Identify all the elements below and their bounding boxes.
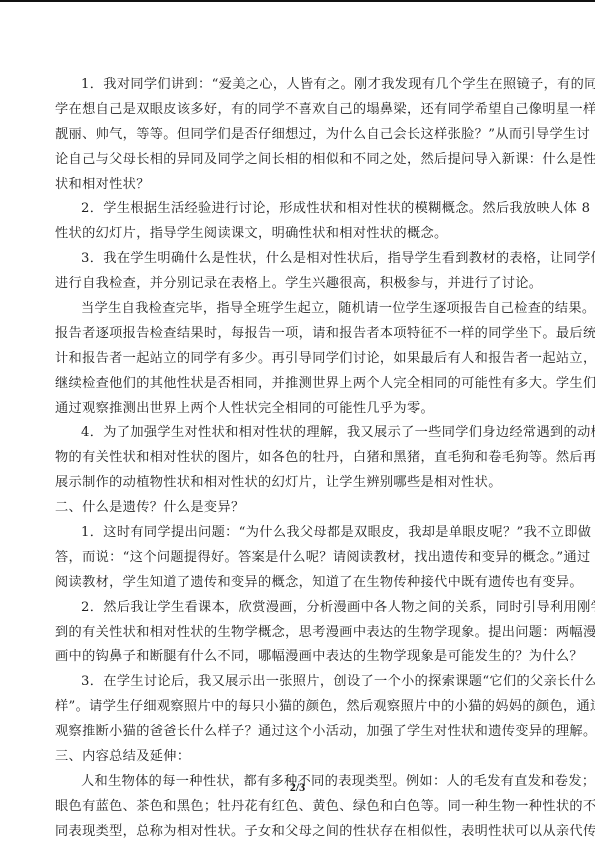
- top-rule: [0, 0, 595, 2]
- section-heading: 二、什么是遗传？什么是变异？: [55, 496, 539, 521]
- text-line: 到的有关性状和相对性状的生物学概念，思考漫画中表达的生物学现象。提出问题：两幅漫: [55, 621, 539, 646]
- text-line: 展示制作的动植物性状和相对性状的幻灯片，让学生辨别哪些是相对性状。: [55, 471, 539, 496]
- text-line: 继续检查他们的其他性状是否相同，并推测世界上两个人完全相同的可能性有多大。学生们: [55, 372, 539, 397]
- text-line: 性状的幻灯片，指导学生阅读课文，明确性状和相对性状的概念。: [55, 222, 539, 247]
- text-line: 3．我在学生明确什么是性状，什么是相对性状后，指导学生看到教材的表格，让同学们: [55, 247, 539, 272]
- text-line: 1．这时有同学提出问题：“为什么我父母都是双眼皮，我却是单眼皮呢？”我不立即做: [55, 521, 539, 546]
- text-line: 同表现类型，总称为相对性状。子女和父母之间的性状存在相似性，表明性状可以从亲代传: [55, 820, 539, 841]
- text-line: 阅读教材，学生知道了遗传和变异的概念，知道了在生物传种接代中既有遗传也有变异。: [55, 571, 539, 596]
- text-line: 眼色有蓝色、茶色和黑色；牡丹花有红色、黄色、绿色和白色等。同一种生物一种性状的不: [55, 795, 539, 820]
- text-line: 4．为了加强学生对性状和相对性状的理解，我又展示了一些同学们身边经常遇到的动植: [55, 421, 539, 446]
- text-line: 学在想自己是双眼皮该多好，有的同学不喜欢自己的塌鼻梁，还有同学希望自己像明星一样: [55, 98, 539, 123]
- text-line: 靓丽、帅气，等等。但同学们是否仔细想过，为什么自己会长这样张脸？”从而引导学生讨: [55, 123, 539, 148]
- text-line: 计和报告者一起站立的同学有多少。再引导同学们讨论，如果最后有人和报告者一起站立，: [55, 347, 539, 372]
- text-line: 报告者逐项报告检查结果时，每报告一项，请和报告者本项特征不一样的同学坐下。最后统: [55, 322, 539, 347]
- text-line: 论自己与父母长相的异同及同学之间长相的相似和不同之处，然后提问导入新课：什么是性: [55, 148, 539, 173]
- text-line: 通过观察推测出世界上两个人性状完全相同的可能性几乎为零。: [55, 397, 539, 422]
- text-line: 3．在学生讨论后，我又展示出一张照片，创设了一个小的探索课题“它们的父亲长什么: [55, 670, 539, 695]
- text-line: 状和相对性状？: [55, 173, 539, 198]
- text-line: 1．我对同学们讲到：“爱美之心，人皆有之。刚才我发现有几个学生在照镜子，有的同: [55, 73, 539, 98]
- text-line: 2．然后我让学生看课本，欣赏漫画，分析漫画中各人物之间的关系，同时引导利用刚学: [55, 596, 539, 621]
- document-body: 1．我对同学们讲到：“爱美之心，人皆有之。刚才我发现有几个学生在照镜子，有的同学…: [55, 73, 539, 841]
- text-line: 进行自我检查，并分别记录在表格上。学生兴趣很高，积极参与，并进行了讨论。: [55, 272, 539, 297]
- text-line: 画中的钩鼻子和断腿有什么不同，哪幅漫画中表达的生物学现象是可能发生的？为什么？: [55, 645, 539, 670]
- text-line: 2．学生根据生活经验进行讨论，形成性状和相对性状的模糊概念。然后我放映人体 8 …: [55, 197, 539, 222]
- text-line: 当学生自我检查完毕，指导全班学生起立，随机请一位学生逐项报告自己检查的结果。: [55, 297, 539, 322]
- text-line: 物的有关性状和相对性状的图片，如各色的牡丹，白猪和黑猪，直毛狗和卷毛狗等。然后再: [55, 446, 539, 471]
- text-line: 答，而说：“这个问题提得好。答案是什么呢？请阅读教材，找出遗传和变异的概念。”通…: [55, 546, 539, 571]
- text-line: 观察推断小猫的爸爸长什么样子？通过这个小活动，加强了学生对性状和遗传变异的理解。: [55, 720, 539, 745]
- page-number: 2/3: [0, 780, 595, 795]
- text-line: 样”。请学生仔细观察照片中的每只小猫的颜色，然后观察照片中的小猫的妈妈的颜色，通…: [55, 695, 539, 720]
- section-heading: 三、内容总结及延伸：: [55, 745, 539, 770]
